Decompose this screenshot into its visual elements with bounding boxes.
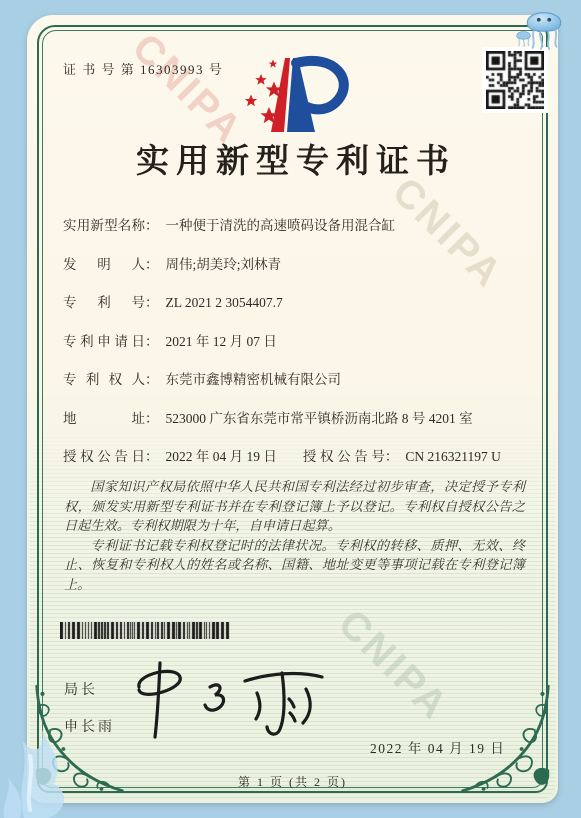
field-row-filing-date: 专利申请日： 2021 年 12 月 07 日 <box>63 330 530 353</box>
legal-text: 国家知识产权局依照中华人民共和国专利法经过初步审查，决定授予专利权，颁发实用新型… <box>64 477 525 595</box>
certificate-title: 实用新型专利证书 <box>27 135 558 182</box>
certificate-screenshot: CNIPA CNIPA CNIPA 证 书 号 第 16303993 号 <box>0 0 581 818</box>
field-row-patent-no: 专利号： ZL 2021 2 3054407.7 <box>63 291 530 314</box>
field-row-address: 地址： 523000 广东省东莞市常平镇桥沥南北路 8 号 4201 室 <box>63 407 530 430</box>
jellyfish-sticker-icon <box>515 27 532 47</box>
field-row-name: 实用新型名称： 一种便于清洗的高速喷码设备用混合缸 <box>63 214 530 237</box>
qr-code-icon <box>482 47 548 113</box>
cnipa-logo-icon <box>228 51 360 139</box>
field-list: 实用新型名称： 一种便于清洗的高速喷码设备用混合缸 发明人： 周伟;胡美玲;刘林… <box>63 214 530 484</box>
certificate-number: 证 书 号 第 16303993 号 <box>63 59 223 78</box>
certificate-paper: CNIPA CNIPA CNIPA 证 书 号 第 16303993 号 <box>27 15 558 803</box>
field-row-inventors: 发明人： 周伟;胡美玲;刘林青 <box>63 253 530 276</box>
corner-ornament-icon <box>457 682 552 797</box>
barcode-icon <box>60 622 232 639</box>
signature-shen-changyu-icon <box>130 657 340 742</box>
field-row-patentee: 专利权人： 东莞市鑫博精密机械有限公司 <box>63 368 530 391</box>
blue-splash-decoration-icon <box>0 722 94 818</box>
field-row-grant: 授权公告日： 2022 年 04 月 19 日 授权公告号： CN 216321… <box>63 445 530 468</box>
legal-paragraph-1: 国家知识产权局依照中华人民共和国专利法经过初步审查，决定授予专利权，颁发实用新型… <box>64 477 525 536</box>
legal-paragraph-2: 专利证书记载专利权登记时的法律状况。专利权的转移、质押、无效、终止、恢复和专利权… <box>64 536 525 595</box>
